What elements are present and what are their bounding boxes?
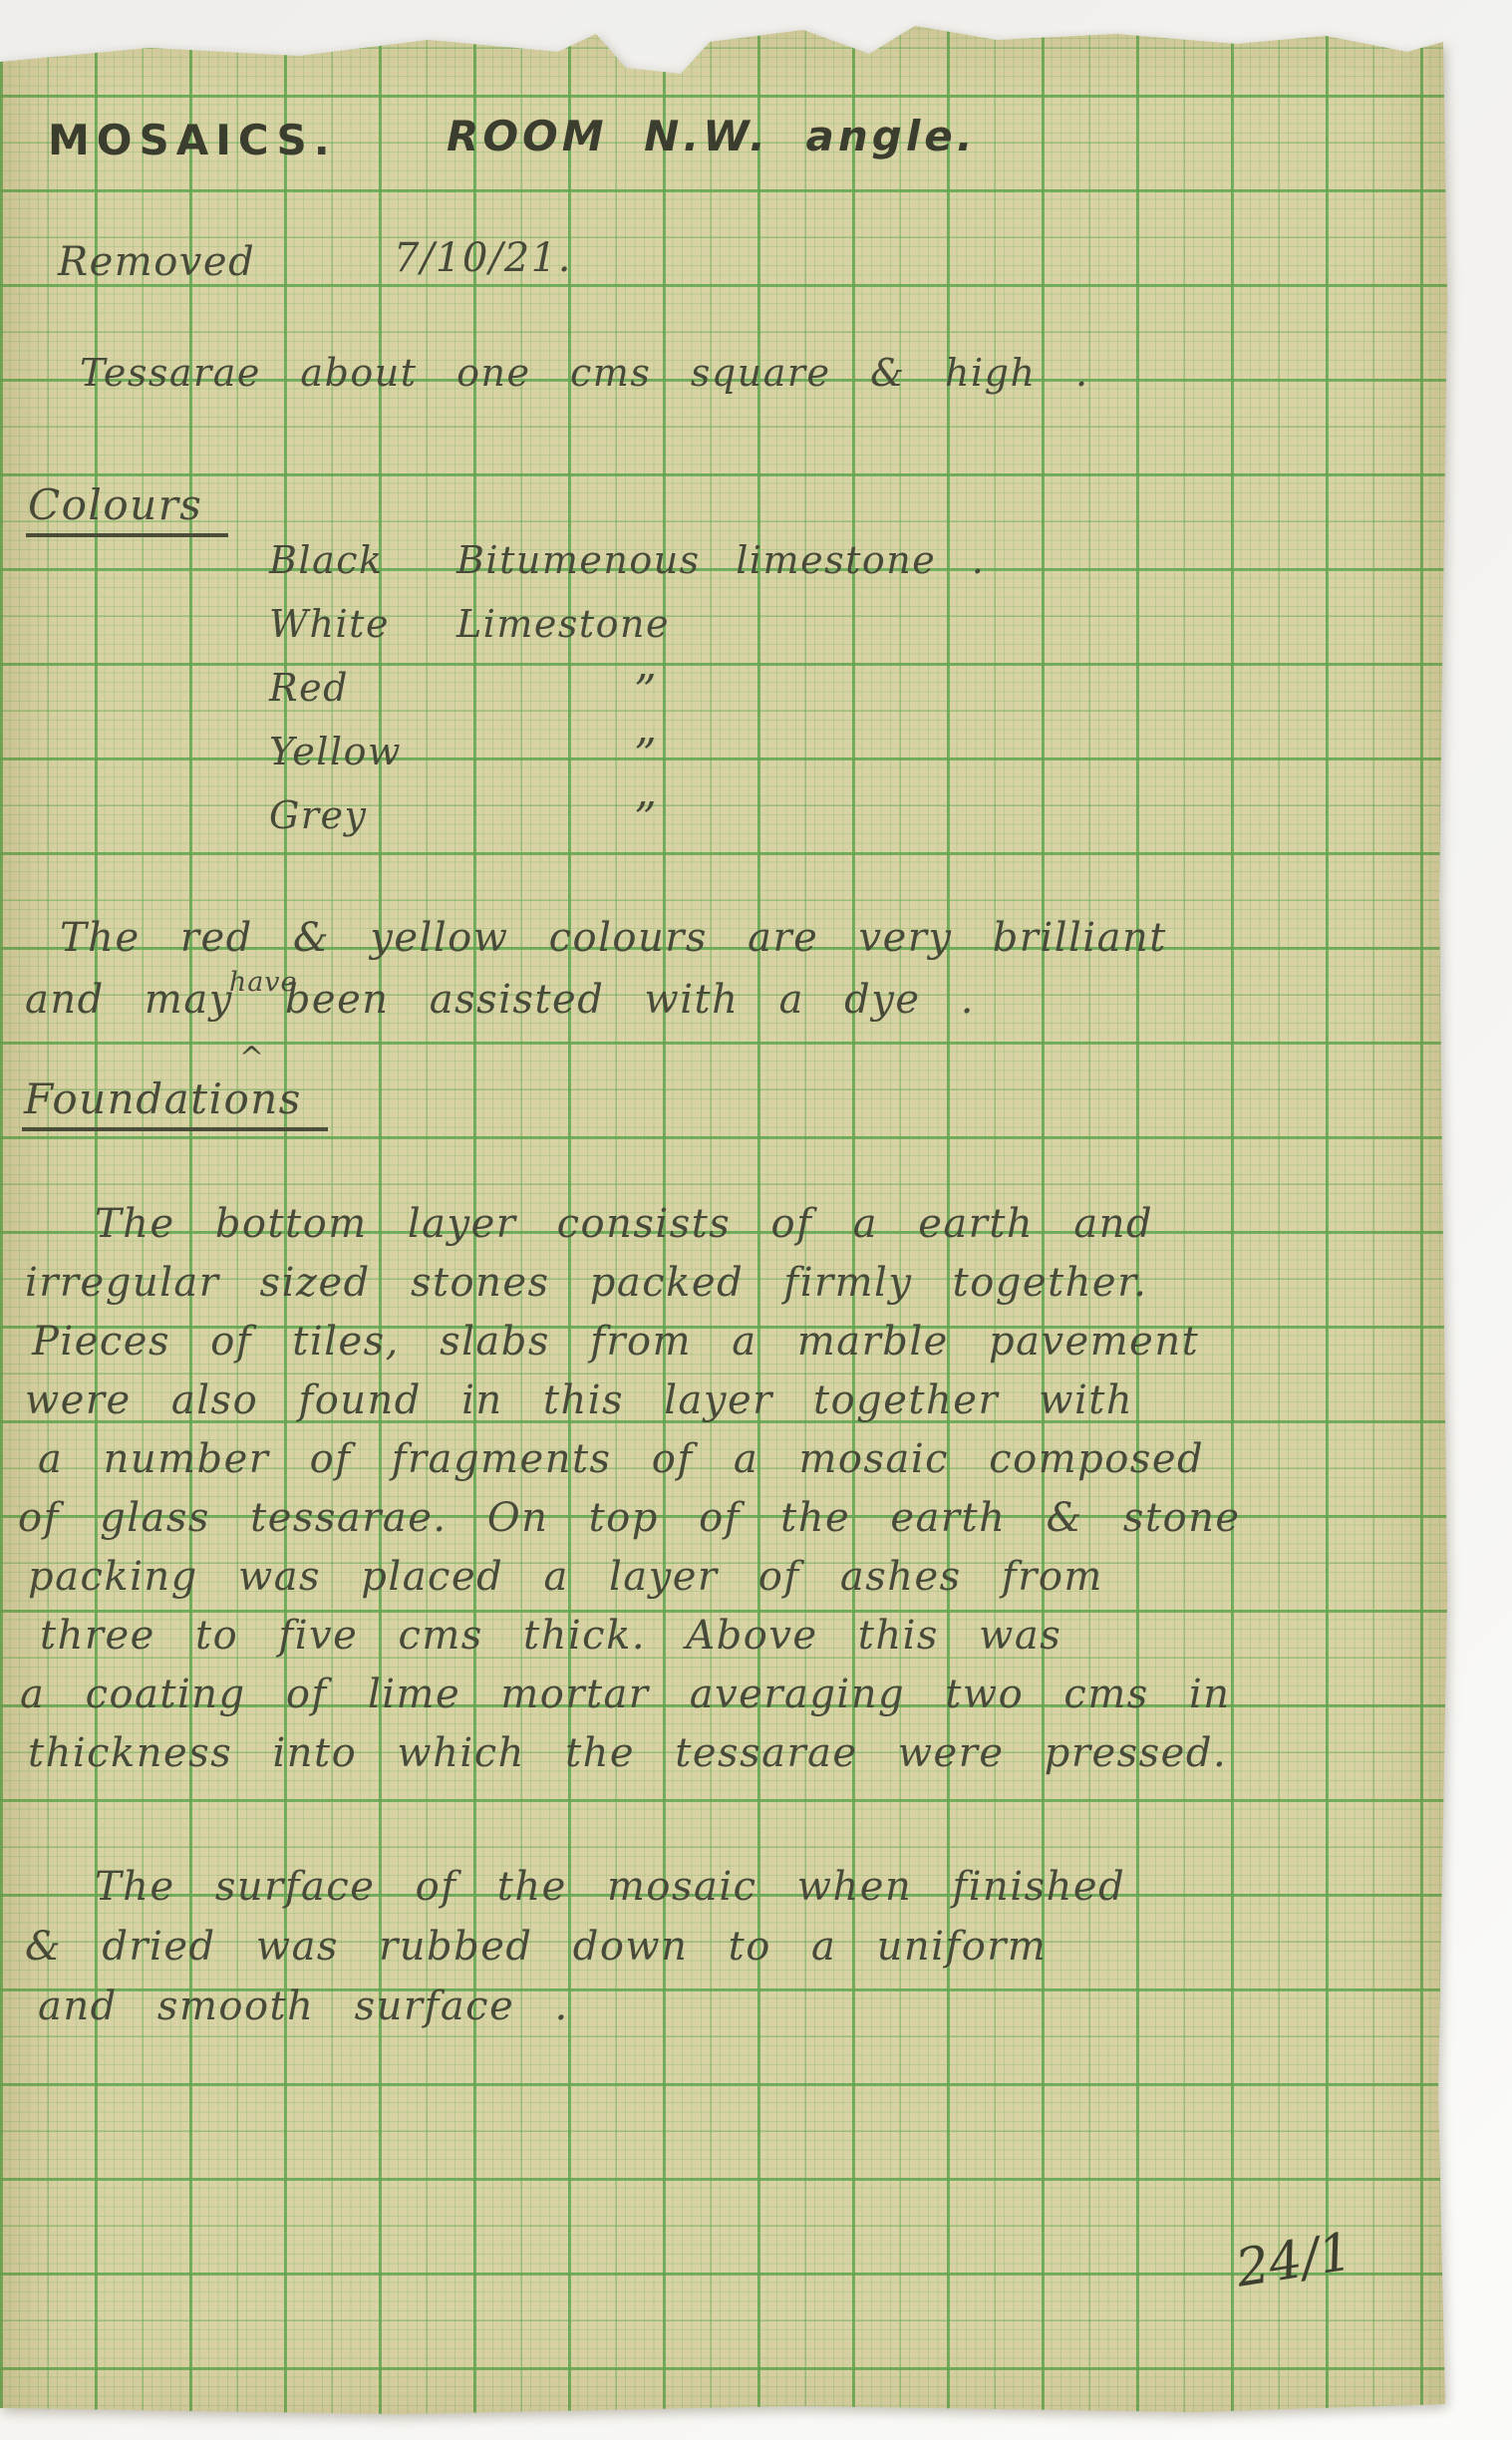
foundations-line: irregular sized stones packed firmly tog… xyxy=(25,1260,1148,1306)
colour-material: Bitumenous limestone . xyxy=(456,538,985,582)
foundations-line: three to five cms thick. Above this was xyxy=(40,1613,1061,1659)
ditto-mark: ” xyxy=(456,666,658,717)
colour-name: White xyxy=(269,602,456,646)
foundations-line: of glass tessarae. On top of the earth &… xyxy=(18,1495,1241,1541)
foundations-line: thickness into which the tessarae were p… xyxy=(28,1730,1227,1776)
foundations-line: a coating of lime mortar averaging two c… xyxy=(20,1672,1231,1717)
colour-row-red: Red ” xyxy=(269,666,985,730)
page-title: MOSAICS. xyxy=(48,116,337,164)
surface-line: The surface of the mosaic when finished xyxy=(95,1864,1125,1910)
colour-name: Red xyxy=(269,666,456,710)
caret-mark: ^ xyxy=(239,1041,266,1075)
colour-name: Black xyxy=(269,538,456,582)
removed-label: Removed xyxy=(58,239,255,285)
colour-table: Black Bitumenous limestone . White Limes… xyxy=(269,538,985,857)
colour-note-line1: The red & yellow colours are very brilli… xyxy=(60,915,1167,961)
surface-line: & dried was rubbed down to a uniform xyxy=(25,1924,1047,1970)
foundations-line: were also found in this layer together w… xyxy=(25,1377,1133,1423)
colour-note-line2: and mayhave^been assisted with a dye . xyxy=(25,977,975,1023)
room-label: ROOM N.W. angle. xyxy=(447,112,977,160)
foundations-line: a number of fragments of a mosaic compos… xyxy=(38,1436,1204,1482)
colour-row-black: Black Bitumenous limestone . xyxy=(269,538,985,602)
colour-row-white: White Limestone xyxy=(269,602,985,666)
tessarae-size-note: Tessarae about one cms square & high . xyxy=(80,351,1089,395)
graph-paper-page: MOSAICS. ROOM N.W. angle. Removed 7/10/2… xyxy=(0,0,1447,2418)
page-mark: 24/1 xyxy=(1232,2222,1357,2299)
ditto-mark: ” xyxy=(456,730,658,780)
colour-name: Grey xyxy=(269,793,456,837)
colour-material: Limestone xyxy=(456,602,670,646)
colour-row-yellow: Yellow ” xyxy=(269,730,985,793)
colour-note-line2-pre: and may xyxy=(25,977,233,1023)
foundations-line: Pieces of tiles, slabs from a marble pav… xyxy=(32,1319,1199,1365)
colour-name: Yellow xyxy=(269,730,456,773)
foundations-line: packing was placed a layer of ashes from xyxy=(28,1554,1103,1600)
scan-background: MOSAICS. ROOM N.W. angle. Removed 7/10/2… xyxy=(0,0,1512,2440)
removed-date: 7/10/21. xyxy=(394,235,572,281)
surface-line: and smooth surface . xyxy=(38,1983,569,2029)
colour-note-line2-post: been assisted with a dye . xyxy=(285,977,975,1023)
inserted-word: have xyxy=(229,967,298,998)
colour-row-grey: Grey ” xyxy=(269,793,985,857)
ditto-mark: ” xyxy=(456,793,658,844)
section-heading-colours: Colours xyxy=(26,480,228,537)
section-heading-foundations: Foundations xyxy=(22,1074,328,1131)
foundations-line: The bottom layer consists of a earth and xyxy=(95,1201,1153,1247)
